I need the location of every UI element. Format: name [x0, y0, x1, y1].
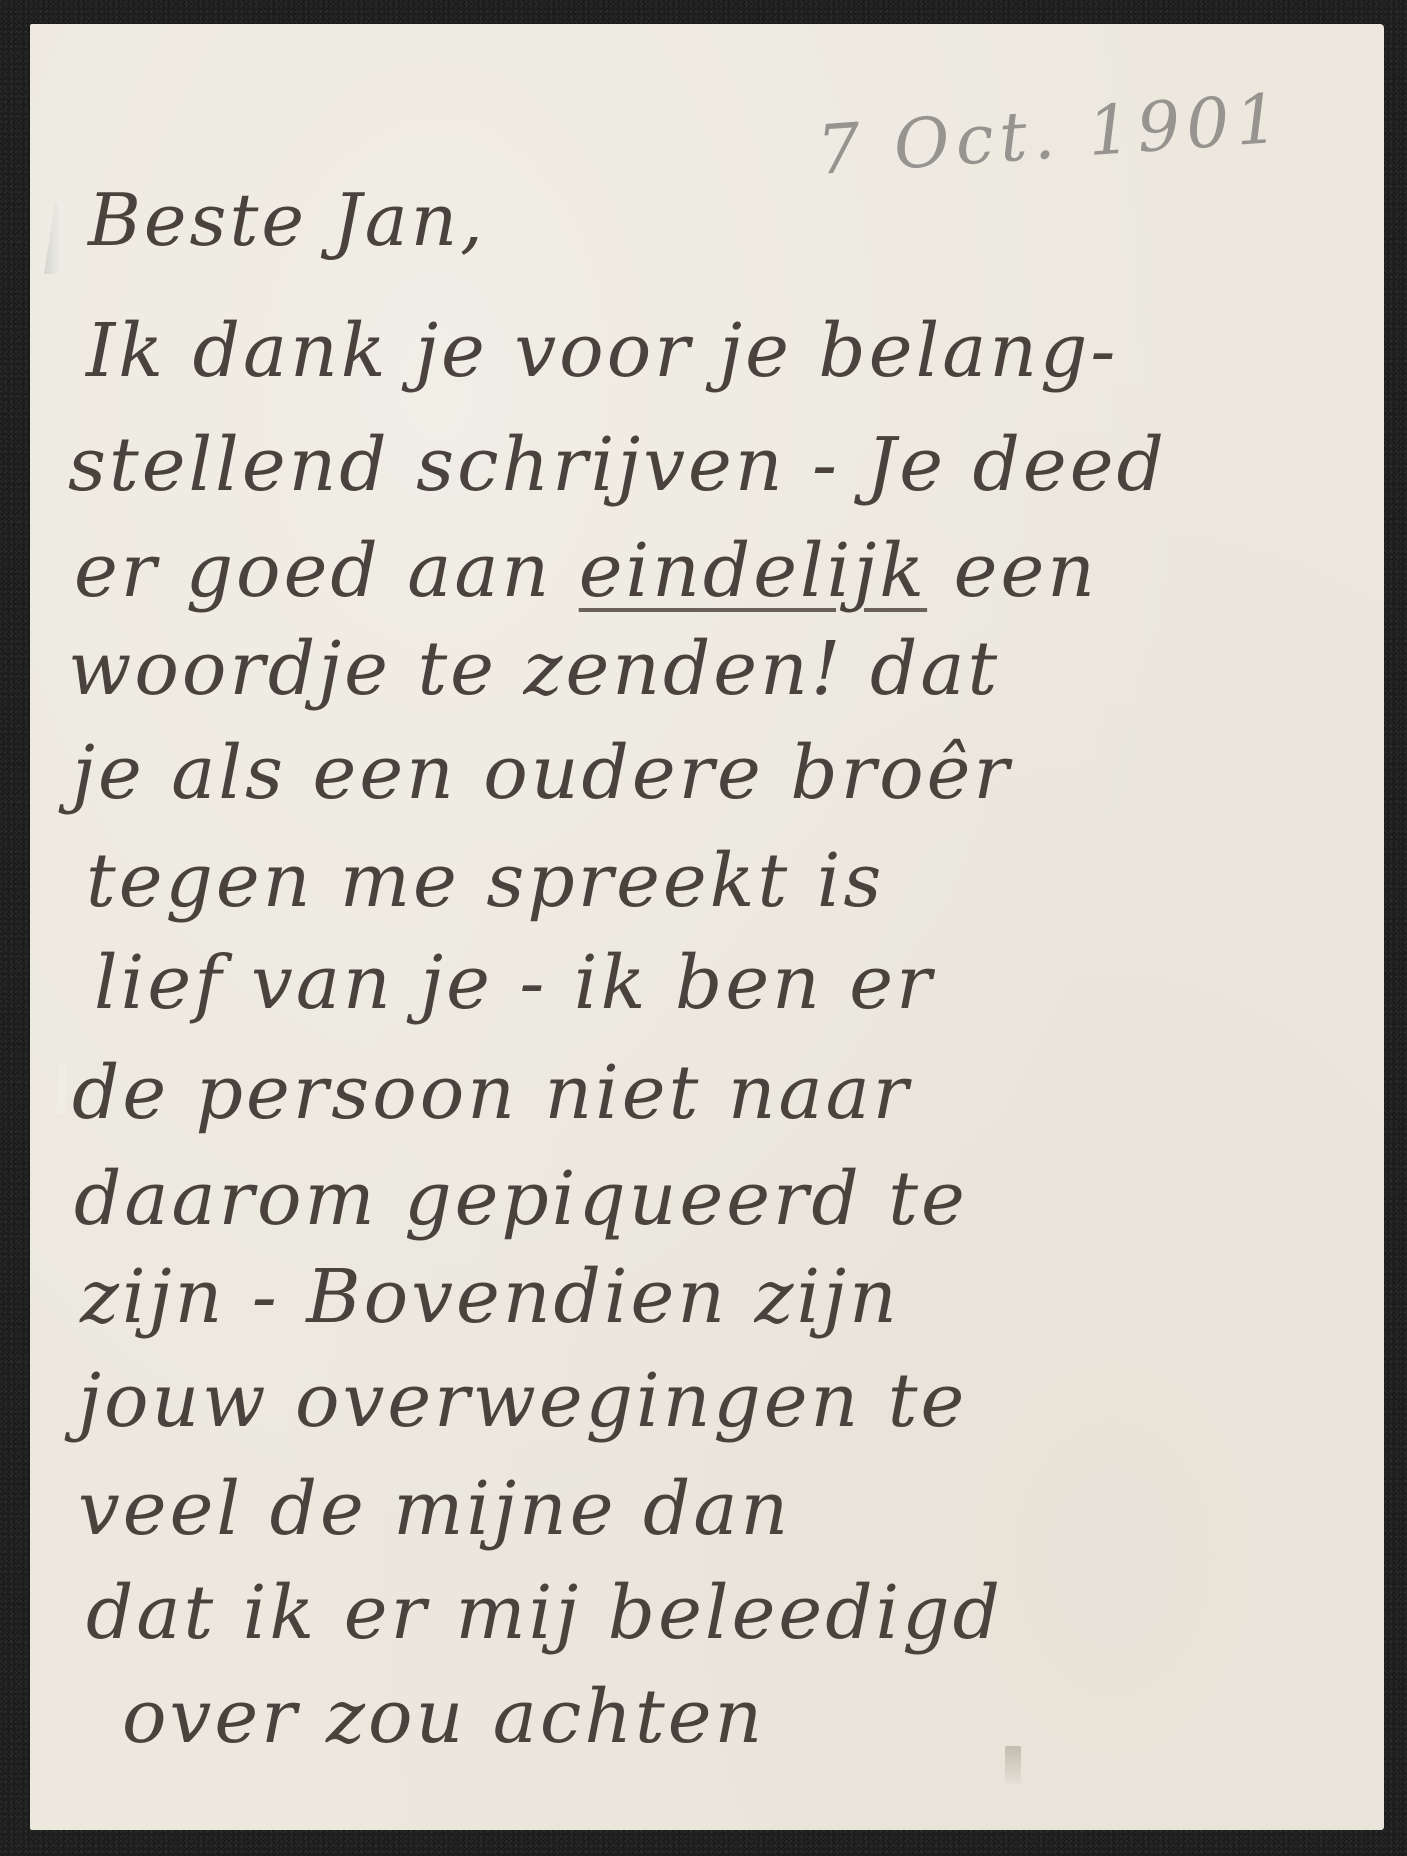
letter-date: 7 Oct. 1901 — [814, 80, 1287, 191]
body-line-3: er goed aan eindelijk een — [74, 534, 1098, 608]
body-line-8: de persoon niet naar — [72, 1056, 911, 1130]
body-line-2: stellend schrijven - Je deed — [68, 428, 1167, 502]
underlined-word: eindelijk — [579, 528, 927, 614]
ink-smudge — [1005, 1746, 1021, 1784]
letter-page: 7 Oct. 1901 Beste Jan, Ik dank je voor j… — [30, 24, 1384, 1830]
body-line-5: je als een oudere broêr — [72, 736, 1012, 810]
body-line-9: daarom gepiqueerd te — [74, 1162, 968, 1236]
body-line-3-end: een — [927, 528, 1098, 614]
body-line-7: lief van je - ik ben er — [94, 946, 934, 1020]
greeting: Beste Jan, — [88, 184, 486, 256]
tape-fragment — [44, 204, 62, 274]
body-line-13: dat ik er mij beleedigd — [86, 1576, 1003, 1650]
body-line-6: tegen me spreekt is — [86, 844, 884, 918]
body-line-10: zijn - Bovendien zijn — [80, 1260, 900, 1334]
body-line-1: Ik dank je voor je belang- — [86, 314, 1118, 388]
paper-tear — [56, 1064, 66, 1114]
body-line-14: over zou achten — [122, 1680, 765, 1754]
body-line-12: veel de mijne dan — [78, 1472, 791, 1546]
body-line-4: woordje te zenden! dat — [68, 632, 1000, 706]
body-line-3-start: er goed aan — [74, 528, 579, 614]
body-line-11: jouw overwegingen te — [78, 1364, 967, 1438]
